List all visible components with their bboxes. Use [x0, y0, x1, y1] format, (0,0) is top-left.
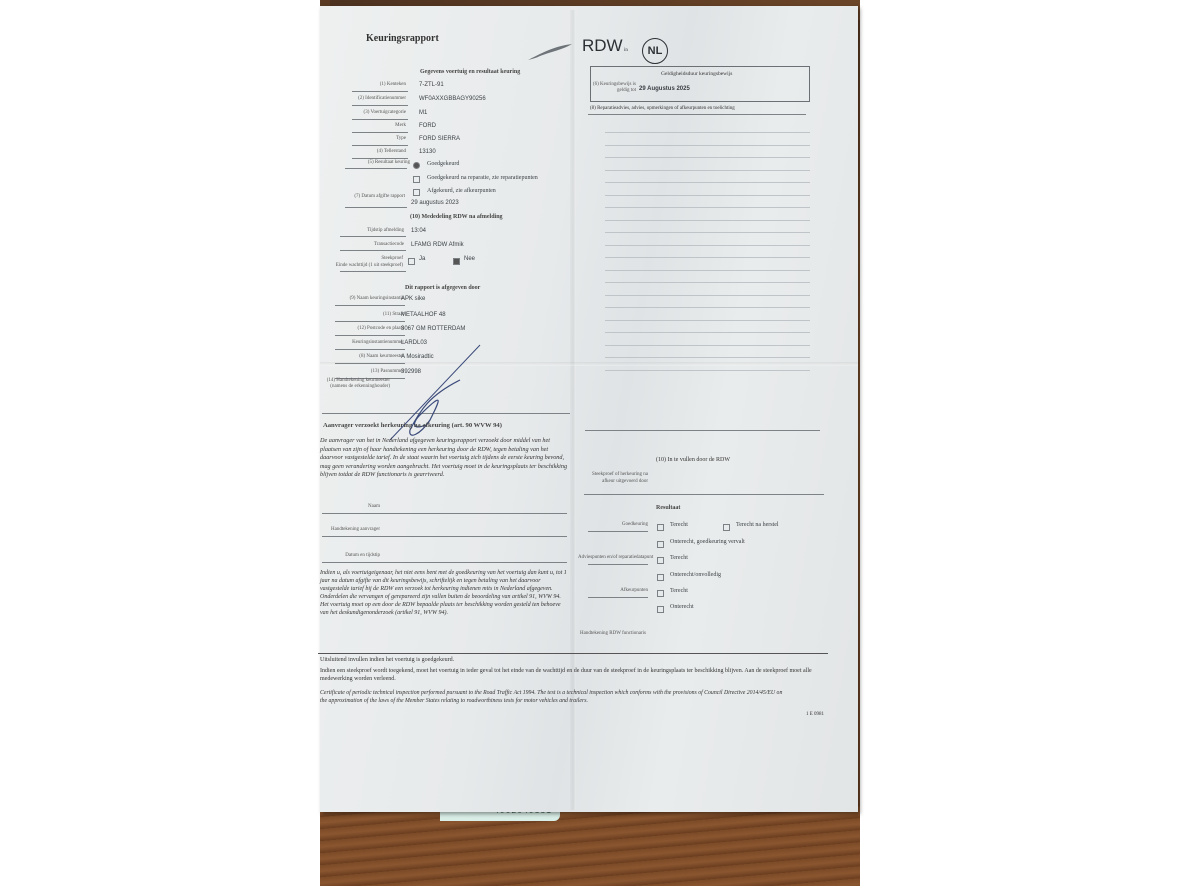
issuer-field-value: 3067 GM ROTTERDAM [401, 326, 465, 332]
field-underline [588, 597, 648, 598]
remarks-line [605, 357, 810, 358]
field-underline [352, 145, 408, 146]
vehicle-field-value: 7-ZTL-91 [419, 82, 444, 88]
steekproef-ja-label: Ja [419, 256, 425, 262]
footer-english: Certificate of periodic technical inspec… [320, 689, 790, 705]
remarks-line [605, 282, 810, 283]
remarks-line [605, 132, 810, 133]
remarks-label: (8) Reparatieadvies, advies, opmerkingen… [590, 106, 735, 111]
date-label: (7) Datum afgifte rapport [333, 194, 405, 200]
field-underline [340, 236, 406, 237]
remarks-line [605, 332, 810, 333]
vehicle-field-value: WF0AXXGBBAGY90256 [419, 96, 486, 102]
document-title: Keuringsrapport [366, 33, 439, 44]
remarks-line [605, 145, 810, 146]
remarks-line [605, 295, 810, 296]
field-underline [322, 513, 567, 514]
vehicle-field-value: M1 [419, 110, 427, 116]
vehicle-field-label: (3) Voertuigcategorie [336, 110, 406, 115]
result-option-checkbox[interactable] [413, 189, 420, 196]
rdw-steekproef-label: Steekproef of herkeuring na afkeur uitge… [580, 471, 648, 485]
result-option-label: Goedgekeurd [427, 161, 459, 167]
rdw-option-label: Onterecht [670, 604, 694, 610]
rdw-option-label: Terecht [670, 522, 688, 528]
issuer-field-value: METAALHOF 48 [401, 312, 446, 318]
steekproef-nee-label: Nee [464, 256, 475, 262]
rdw-option-checkbox[interactable] [657, 606, 664, 613]
keurmeester-signature [360, 340, 500, 450]
result-option-checkbox[interactable] [413, 162, 420, 169]
remarks-line [605, 320, 810, 321]
rdw-row-label: Adviespunten en/of reparatiedatapunt [578, 555, 648, 560]
vehicle-field-label: (2) Identificatienummer [336, 96, 406, 101]
appeal-text: De aanvrager van het in Nederland afgege… [320, 437, 568, 480]
steekproef-sub: Einde wachttijd (1 uit steekproef) [333, 263, 403, 268]
field-underline [335, 305, 405, 306]
notice-field-value: LFAMG RDW Afmik [411, 242, 464, 248]
remarks-line [605, 307, 810, 308]
issuer-field-label: (9) Naam keuringsinstantie [334, 296, 404, 301]
field-underline [352, 91, 408, 92]
vehicle-field-label: (1) Kenteken [336, 82, 406, 87]
rdw-signature-label: Handtekening RDW functionaris [578, 630, 646, 637]
result-option-label: Goedgekeurd na reparatie, zie reparatiep… [427, 175, 538, 181]
rdw-option-label: Onterecht/onvolledig [670, 572, 721, 578]
field-underline [335, 321, 405, 322]
vehicle-field-label: (4) Tellerstand [336, 149, 406, 154]
remarks-line [605, 345, 810, 346]
field-underline [322, 536, 567, 537]
steekproef-label: Steekproef [333, 256, 403, 261]
steekproef-ja-checkbox[interactable] [408, 258, 415, 265]
rdw-option-label: Terecht [670, 588, 688, 594]
appeal-field-label: Datum en tijdstip [310, 553, 380, 558]
vehicle-field-label: Merk [336, 123, 406, 128]
notice-field-value: 13:04 [411, 228, 426, 234]
remarks-line [605, 220, 810, 221]
country-prefix: in [624, 48, 628, 53]
table-surface-bottom [320, 805, 860, 886]
rdw-row-label: Afkeurpunten [578, 588, 648, 593]
rdw-option-checkbox[interactable] [723, 524, 730, 531]
rdw-row-label: Goedkeuring [578, 522, 648, 527]
notice-field-label: Transactiecode [334, 242, 404, 247]
field-underline [588, 564, 648, 565]
field-underline [588, 531, 648, 532]
rdw-option-checkbox[interactable] [657, 557, 664, 564]
validity-date: 29 Augustus 2025 [639, 86, 690, 92]
field-underline [322, 562, 567, 563]
issuer-field-label: (12) Postcode en plaats [334, 326, 404, 331]
validity-label: (6) Keuringsbewijs is geldig tot [591, 82, 636, 94]
result-option-label: Afgekeurd, zie afkeurpunten [427, 188, 496, 194]
remarks-line [605, 182, 810, 183]
appeal-field-label: Naam [310, 504, 380, 509]
rdw-option-label: Onterecht, goedkeuring vervalt [670, 539, 745, 545]
section-vehicle-heading: Gegevens voertuig en resultaat keuring [420, 69, 520, 75]
rdw-brand: RDW [582, 36, 623, 56]
remarks-line [605, 207, 810, 208]
field-underline [340, 250, 406, 251]
appeal-field-label: Handtekening aanvrager [310, 527, 380, 532]
section-notice-heading: (10) Mededeling RDW na afmelding [410, 214, 503, 220]
vehicle-field-value: 13130 [419, 149, 436, 155]
notice-field-label: Tijdstip afmelding [334, 228, 404, 233]
issuer-field-label: (11) Straat [334, 312, 404, 317]
field-underline [352, 119, 408, 120]
remarks-line [605, 232, 810, 233]
validity-header: Geldigheidsduur keuringsbewijs [661, 71, 732, 77]
appeal-text-2: Indien u, als voertuigeigenaar, het niet… [320, 569, 570, 617]
rdw-option-checkbox[interactable] [657, 574, 664, 581]
nl-country-badge: NL [642, 38, 668, 64]
result-option-checkbox[interactable] [413, 176, 420, 183]
rdw-feather-logo-icon [526, 42, 574, 62]
result-label: (5) Resultaat keuring [340, 160, 410, 165]
vehicle-field-value: FORD [419, 123, 436, 129]
date-value: 29 augustus 2023 [411, 200, 459, 206]
rdw-option-label: Terecht [670, 555, 688, 561]
rdw-option-checkbox[interactable] [657, 590, 664, 597]
remarks-line [605, 245, 810, 246]
result-heading: Resultaat [656, 505, 680, 511]
field-underline [352, 105, 408, 106]
rdw-option-checkbox[interactable] [657, 541, 664, 548]
remarks-line [605, 170, 810, 171]
rdw-option-checkbox[interactable] [657, 524, 664, 531]
footer-line-2: Indien een steekproef wordt toegekend, m… [320, 667, 820, 683]
field-underline [352, 132, 408, 133]
vehicle-field-label: Type [336, 136, 406, 141]
footer-line-1: Uitsluitend invullen indien het voertuig… [320, 657, 454, 663]
rdw-section-heading: (10) In te vullen door de RDW [656, 457, 730, 463]
field-underline [335, 335, 405, 336]
remarks-line [605, 257, 810, 258]
remarks-line [605, 270, 810, 271]
validity-box: Geldigheidsduur keuringsbewijs (6) Keuri… [590, 66, 810, 102]
form-code: 1 E 0981 [806, 712, 824, 717]
remarks-line [605, 370, 810, 371]
remarks-line [605, 157, 810, 158]
field-underline [352, 158, 408, 159]
remarks-line [605, 195, 810, 196]
appeal-heading: Aanvrager verzoekt herkeuring na afkeuri… [323, 422, 502, 429]
steekproef-nee-checkbox[interactable] [453, 258, 460, 265]
issuer-field-value: APK sike [401, 296, 425, 302]
section-issuer-heading: Dit rapport is afgegeven door [405, 285, 480, 291]
vehicle-field-value: FORD SIERRA [419, 136, 460, 142]
rdw-option-label: Terecht na herstel [736, 522, 779, 528]
